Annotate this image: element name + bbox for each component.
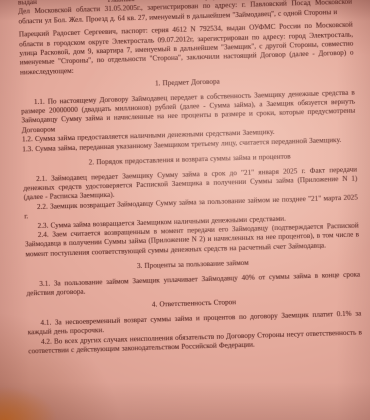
clause-3-1: 3.1. За пользование займом Заемщик уплач…	[26, 270, 360, 299]
loan-agreement-photo: выдан Главным управлением внутренних Дел…	[0, 0, 370, 420]
party-borrower-paragraph: Парецкий Радосвет Сергеевич, паспорт: се…	[19, 21, 354, 78]
document-text: выдан Главным управлением внутренних Дел…	[18, 0, 362, 357]
